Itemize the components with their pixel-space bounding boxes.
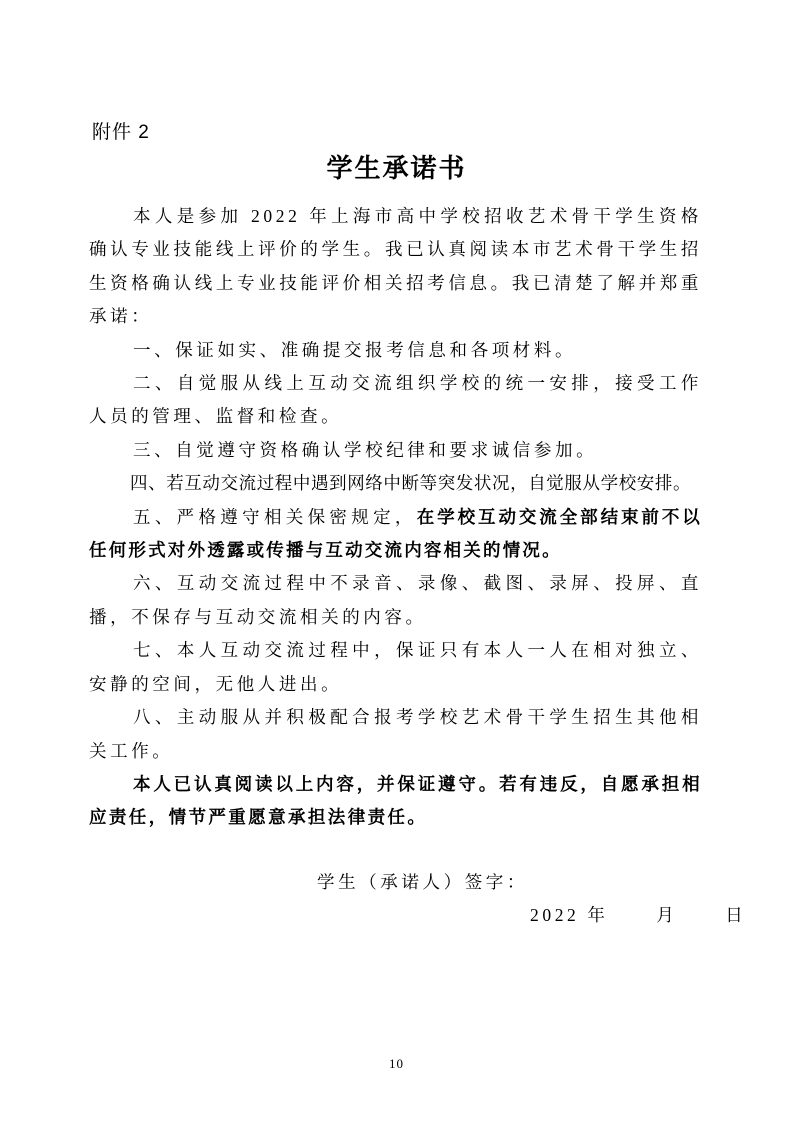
closing-paragraph: 本人已认真阅读以上内容，并保证遵守。若有违反，自愿承担相应责任，情节严重愿意承担… [89, 768, 702, 835]
list-item-7: 七、本人互动交流过程中，保证只有本人一人在相对独立、安静的空间，无他人进出。 [89, 634, 702, 701]
document-body: 本人是参加 2022 年上海市高中学校招收艺术骨干学生资格确认专业技能线上评价的… [89, 200, 702, 933]
list-item-5: 五、严格遵守相关保密规定，在学校互动交流全部结束前不以任何形式对外透露或传播与互… [89, 501, 702, 568]
intro-paragraph: 本人是参加 2022 年上海市高中学校招收艺术骨干学生资格确认专业技能线上评价的… [89, 200, 702, 334]
signature-label: 学生（承诺人）签字： [89, 866, 702, 899]
list-item-8: 八、主动服从并积极配合报考学校艺术骨干学生招生其他相关工作。 [89, 701, 702, 768]
document-title: 学生承诺书 [0, 148, 793, 185]
list-item-4: 四、若互动交流过程中遇到网络中断等突发状况，自觉服从学校安排。 [89, 467, 702, 500]
page-number: 10 [0, 1056, 793, 1072]
list-item-5-normal-text: 五、严格遵守相关保密规定， [133, 507, 417, 527]
list-item-3: 三、自觉遵守资格确认学校纪律和要求诚信参加。 [89, 434, 702, 467]
list-item-2: 二、自觉服从线上互动交流组织学校的统一安排，接受工作人员的管理、监督和检查。 [89, 367, 702, 434]
list-item-6: 六、互动交流过程中不录音、录像、截图、录屏、投屏、直播，不保存与互动交流相关的内… [89, 567, 702, 634]
list-item-1: 一、保证如实、准确提交报考信息和各项材料。 [89, 334, 702, 367]
attachment-label: 附件 2 [92, 117, 150, 144]
date-line: 2022 年 月 日 [89, 899, 702, 932]
document-page: 附件 2 学生承诺书 本人是参加 2022 年上海市高中学校招收艺术骨干学生资格… [0, 0, 793, 1122]
